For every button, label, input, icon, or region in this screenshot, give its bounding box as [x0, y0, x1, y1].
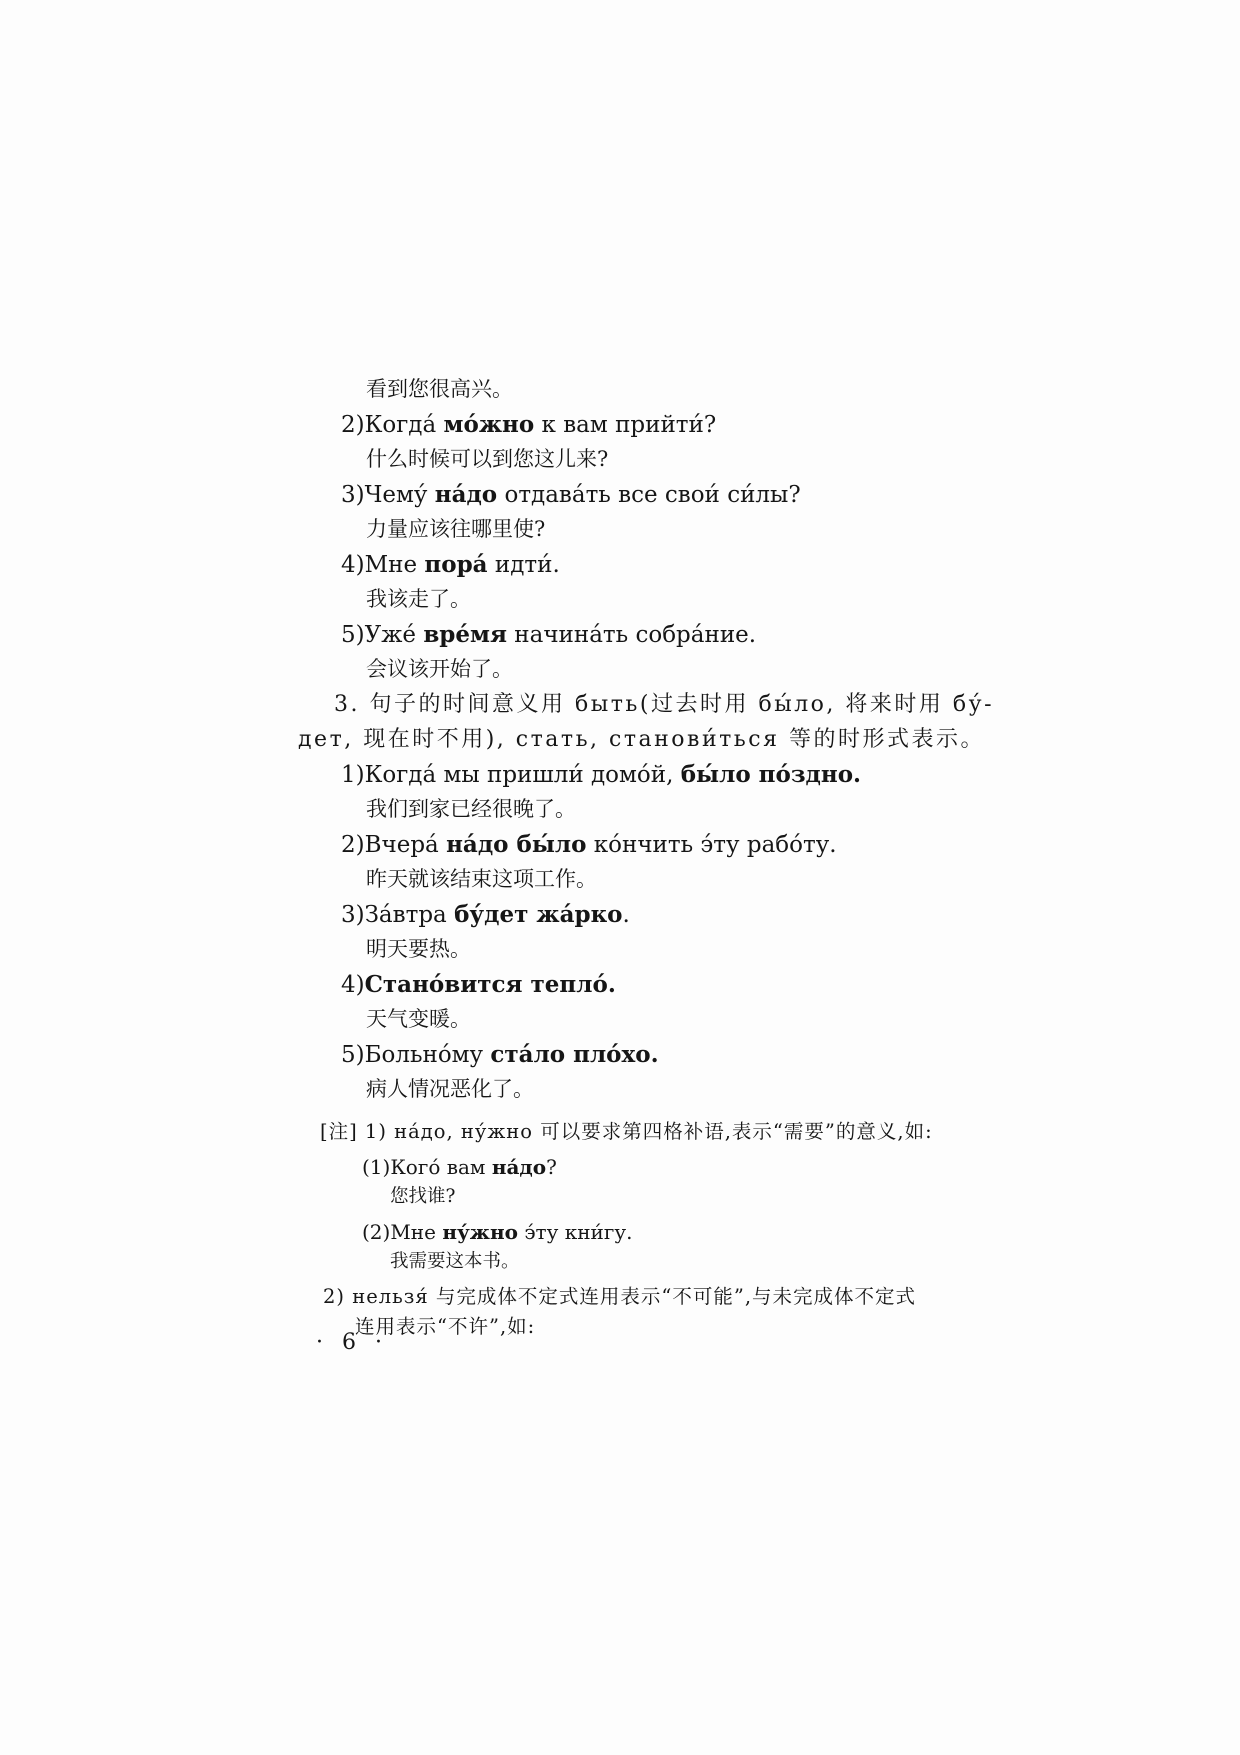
text: [注] 1) на́до, ну́жно 可以要求第四格补语,表示“需要”的意义…	[320, 1120, 933, 1143]
text: 看到您很高兴。	[366, 377, 513, 401]
chinese-translation-line: 看到您很高兴。	[366, 372, 1240, 407]
chinese-translation-line: 会议该开始了。	[366, 652, 1240, 687]
text: идти́.	[488, 552, 560, 578]
text: 病人情况恶化了。	[366, 1077, 534, 1101]
text: 什么时候可以到您这儿来?	[366, 447, 608, 471]
text: 明天要热。	[366, 937, 471, 961]
page-text-block: 看到您很高兴。2)Когда́ мо́жно к вам прийти́?什么时…	[0, 372, 1240, 1342]
text: э́ту кни́гу.	[518, 1220, 633, 1244]
bold-text: на́до	[492, 1155, 546, 1179]
page-number: · 6 ·	[316, 1330, 388, 1355]
russian-example-line: 3)Чему́ на́до отдава́ть все свои́ си́лы?	[341, 477, 1240, 512]
text: к вам прийти́?	[534, 412, 716, 438]
note-russian-example-line: (2)Мне ну́жно э́ту кни́гу.	[362, 1217, 1240, 1247]
bold-text: бу́дет жа́рко	[454, 901, 622, 928]
text: 5)Больно́му	[341, 1042, 490, 1068]
text: начина́ть собра́ние.	[507, 622, 756, 648]
bold-text: ну́жно	[442, 1220, 518, 1244]
russian-example-line: 2)Вчера́ на́до бы́ло ко́нчить э́ту рабо́…	[341, 827, 1240, 862]
text: 力量应该往哪里使?	[366, 517, 545, 541]
text: 3)Чему́	[341, 482, 435, 508]
text: 5)Уже́	[341, 622, 423, 648]
bold-text: пора́	[424, 551, 487, 578]
note-item-line: 2) нельзя́ 与完成体不定式连用表示“不可能”,与未完成体不定式	[323, 1282, 1240, 1312]
text: 我该走了。	[366, 587, 471, 611]
russian-example-line: 5)Уже́ вре́мя начина́ть собра́ние.	[341, 617, 1240, 652]
russian-example-line: 1)Когда́ мы пришли́ домо́й, бы́ло по́здн…	[341, 757, 1240, 792]
text: .	[623, 902, 630, 928]
text: 2) нельзя́ 与完成体不定式连用表示“不可能”,与未完成体不定式	[323, 1285, 916, 1308]
text: 4)Мне	[341, 552, 424, 578]
text: дет, 现在时不用), стать, станови́ться 等的时形式表示…	[298, 727, 985, 752]
russian-example-line: 4)Стано́вится тепло́.	[341, 967, 1240, 1002]
bold-text: на́до	[435, 481, 497, 508]
section-paragraph-line: 3. 句子的时间意义用 быть(过去时用 бы́ло, 将来时用 бу́-	[334, 687, 1240, 722]
text: 4)	[341, 972, 365, 998]
text: отдава́ть все свои́ си́лы?	[497, 482, 801, 508]
text: ?	[546, 1155, 557, 1179]
text: (2)Мне	[362, 1220, 442, 1244]
bold-text: Стано́вится тепло́.	[365, 971, 616, 998]
russian-example-line: 2)Когда́ мо́жно к вам прийти́?	[341, 407, 1240, 442]
note-chinese-translation-line: 我需要这本书。	[390, 1247, 1240, 1277]
bold-text: вре́мя	[423, 621, 507, 648]
chinese-translation-line: 明天要热。	[366, 932, 1240, 967]
book-page: 看到您很高兴。2)Когда́ мо́жно к вам прийти́?什么时…	[0, 0, 1240, 1755]
text: 会议该开始了。	[366, 657, 513, 681]
chinese-translation-line: 我该走了。	[366, 582, 1240, 617]
text: 3. 句子的时间意义用 быть(过去时用 бы́ло, 将来时用 бу́-	[334, 692, 994, 717]
text: 我们到家已经很晚了。	[366, 797, 576, 821]
chinese-translation-line: 昨天就该结束这项工作。	[366, 862, 1240, 897]
text: (1)Кого́ вам	[362, 1155, 492, 1179]
note-russian-example-line: (1)Кого́ вам на́до?	[362, 1152, 1240, 1182]
note-chinese-translation-line: 您找谁?	[390, 1182, 1240, 1212]
text: 昨天就该结束这项工作。	[366, 867, 597, 891]
note-header-line: [注] 1) на́до, ну́жно 可以要求第四格补语,表示“需要”的意义…	[320, 1117, 1240, 1147]
chinese-translation-line: 病人情况恶化了。	[366, 1072, 1240, 1107]
text: 我需要这本书。	[390, 1251, 520, 1272]
text: 天气变暖。	[366, 1007, 471, 1031]
chinese-translation-line: 我们到家已经很晚了。	[366, 792, 1240, 827]
chinese-translation-line: 天气变暖。	[366, 1002, 1240, 1037]
bold-text: на́до бы́ло	[446, 831, 586, 858]
text: 3)За́втра	[341, 902, 454, 928]
section-paragraph-line: дет, 现在时不用), стать, станови́ться 等的时形式表示…	[298, 722, 1240, 757]
russian-example-line: 4)Мне пора́ идти́.	[341, 547, 1240, 582]
chinese-translation-line: 力量应该往哪里使?	[366, 512, 1240, 547]
russian-example-line: 3)За́втра бу́дет жа́рко.	[341, 897, 1240, 932]
bold-text: бы́ло по́здно.	[681, 761, 861, 788]
note-item-line: 连用表示“不许”,如:	[355, 1312, 1240, 1342]
russian-example-line: 5)Больно́му ста́ло пло́хо.	[341, 1037, 1240, 1072]
text: 您找谁?	[390, 1186, 455, 1207]
text: 2)Когда́	[341, 412, 444, 438]
text: ко́нчить э́ту рабо́ту.	[586, 832, 836, 858]
bold-text: мо́жно	[444, 411, 535, 438]
text: 2)Вчера́	[341, 832, 446, 858]
bold-text: ста́ло пло́хо.	[490, 1041, 658, 1068]
chinese-translation-line: 什么时候可以到您这儿来?	[366, 442, 1240, 477]
text: 1)Когда́ мы пришли́ домо́й,	[341, 762, 681, 788]
